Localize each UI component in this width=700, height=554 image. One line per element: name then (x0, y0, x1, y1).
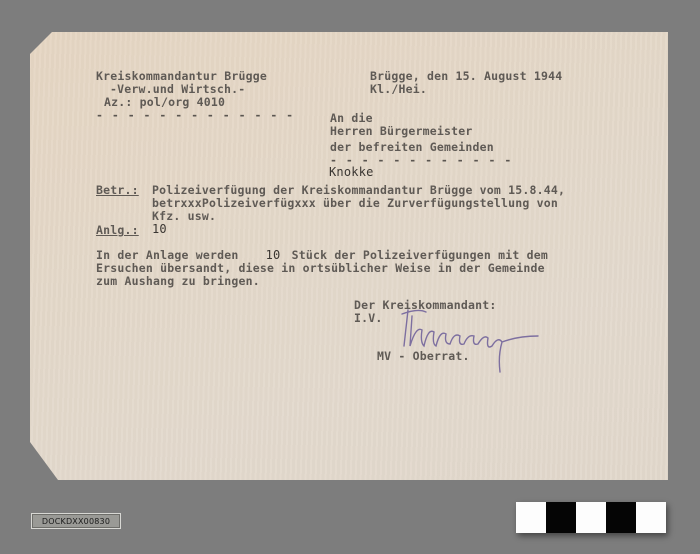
scale-white-block (636, 502, 666, 533)
sender-rule: - - - - - - - - - - - - - (96, 109, 294, 122)
handwritten-signature (398, 306, 558, 386)
subject-label: Betr.: (96, 184, 139, 197)
scale-black-block (546, 502, 576, 533)
subject-line-2-rest: über die Zurverfügungstellung von (316, 196, 558, 210)
body-text: In der Anlage werden (96, 248, 246, 262)
archive-identifier-label: DOCKDXX00830 (31, 513, 121, 529)
enclosure-count: 10 (152, 223, 167, 236)
struck-text: betrxxxPolizeiverfügxxx (152, 196, 316, 210)
color-calibration-scale (516, 502, 666, 533)
reference-initials: Kl./Hei. (370, 83, 427, 96)
scale-white-block (576, 502, 606, 533)
recipient-line-2: Herren Bürgermeister (330, 125, 472, 138)
body-filled-count: 10 (266, 248, 281, 262)
scale-white-block (516, 502, 546, 533)
closing-line-2: I.V. (354, 312, 383, 325)
body-line-3: zum Aushang zu bringen. (96, 275, 260, 288)
signer-title: MV - Oberrat. (377, 350, 470, 363)
recipient-municipality: Knokke (329, 166, 374, 179)
body-text: Stück der Polizeiverfügungen mit dem (284, 248, 548, 262)
enclosure-label: Anlg.: (96, 224, 139, 237)
scale-black-block (606, 502, 636, 533)
